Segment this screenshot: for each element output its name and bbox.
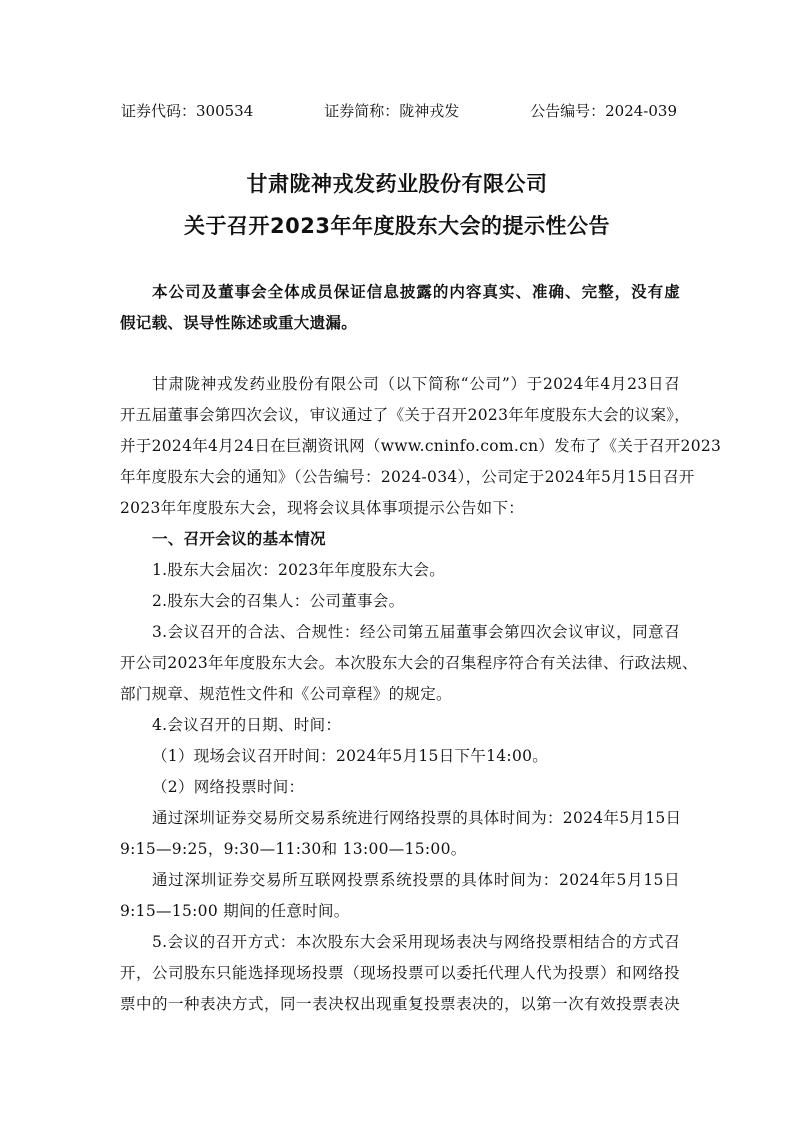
- body-text-line: 4.会议召开的日期、时间：: [152, 713, 680, 735]
- body-text-line: （1）现场会议召开时间：2024年5月15日下午14:00。: [152, 744, 680, 766]
- stock-abbreviation: 证券简称：陇神戎发: [324, 100, 459, 122]
- body-text-line: 并于2024年4月24日在巨潮资讯网（www.cninfo.com.cn）发布了…: [120, 434, 680, 456]
- announcement-title: 关于召开2023年年度股东大会的提示性公告: [0, 210, 794, 240]
- body-text-line: 票中的一种表决方式，同一表决权出现重复投票表决的，以第一次有效投票表决: [120, 992, 680, 1014]
- document-header: 证券代码：300534 证券简称：陇神戎发 公告编号：2024-039: [121, 100, 677, 122]
- company-title: 甘肃陇神戎发药业股份有限公司: [0, 168, 794, 198]
- body-text-line: 甘肃陇神戎发药业股份有限公司（以下简称“公司”）于2024年4月23日召: [152, 372, 680, 394]
- body-text-line: 通过深圳证券交易所互联网投票系统投票的具体时间为：2024年5月15日: [152, 868, 680, 890]
- body-text-line: 1.股东大会届次：2023年年度股东大会。: [152, 558, 680, 580]
- body-text-line: 通过深圳证券交易所交易系统进行网络投票的具体时间为：2024年5月15日: [152, 806, 680, 828]
- statement-line-1: 本公司及董事会全体成员保证信息披露的内容真实、准确、完整，没有虚: [152, 280, 680, 302]
- body-text-line: 开公司2023年年度股东大会。本次股东大会的召集程序符合有关法律、行政法规、: [120, 651, 680, 673]
- body-text-line: 9:15—15:00 期间的任意时间。: [120, 899, 680, 921]
- body-text-line: 年年度股东大会的通知》（公告编号：2024-034），公司定于2024年5月15…: [120, 465, 680, 487]
- body-text-line: 3.会议召开的合法、合规性：经公司第五届董事会第四次会议审议，同意召: [152, 620, 680, 642]
- announcement-number: 公告编号：2024-039: [530, 100, 677, 122]
- body-text-line: 9:15—9:25，9:30—11:30和 13:00—15:00。: [120, 837, 680, 859]
- stock-code: 证券代码：300534: [121, 100, 253, 122]
- body-text-line: 开，公司股东只能选择现场投票（现场投票可以委托代理人代为投票）和网络投: [120, 961, 680, 983]
- body-text-line: 2023年年度股东大会，现将会议具体事项提示公告如下：: [120, 496, 680, 518]
- section-heading: 一、召开会议的基本情况: [152, 527, 680, 549]
- document-page: 证券代码：300534 证券简称：陇神戎发 公告编号：2024-039 甘肃陇神…: [0, 0, 794, 1122]
- statement-line-2: 假记载、误导性陈述或重大遗漏。: [120, 311, 680, 333]
- body-text-line: 开五届董事会第四次会议，审议通过了《关于召开2023年年度股东大会的议案》，: [120, 403, 680, 425]
- body-text-line: 5.会议的召开方式：本次股东大会采用现场表决与网络投票相结合的方式召: [152, 930, 680, 952]
- body-text-line: 部门规章、规范性文件和《公司章程》的规定。: [120, 682, 680, 704]
- body-text-line: （2）网络投票时间：: [152, 775, 680, 797]
- body-text-line: 2.股东大会的召集人：公司董事会。: [152, 589, 680, 611]
